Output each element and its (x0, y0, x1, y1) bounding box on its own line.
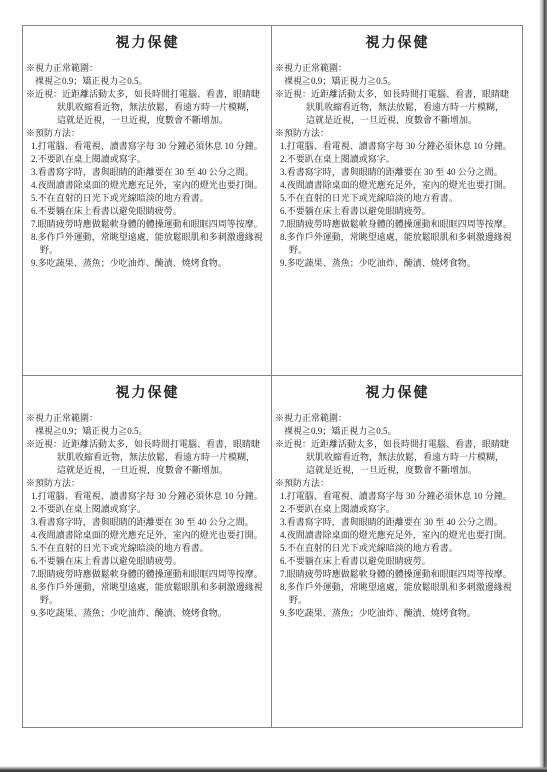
text-line-tip-6: 6.不要躺在床上看書以避免眼睛疲勞。 (26, 555, 269, 568)
text-line-prevention-heading: ※預防方法： (275, 477, 520, 490)
text-line-myopia-definition-1: ※近視：近距離活動太多，如長時間打電腦、看書，眼睛睫 (26, 438, 269, 451)
text-line-normal-range-heading: ※視力正常範圍： (26, 412, 269, 425)
card-body: ※視力正常範圍： 裸視≧0.9；矯正視力≧0.5。 ※近視：近距離活動太多，如長… (275, 412, 520, 620)
text-line-tip-5: 5.不在直射的日光下或光線暗淡的地方看書。 (26, 542, 269, 555)
page-edge-shadow-bottom (0, 766, 547, 772)
card-title: 視力保健 (26, 386, 269, 402)
text-line-tip-9: 9.多吃蔬果、蒸魚；少吃油炸、醃漬、燒烤食物。 (26, 607, 269, 620)
text-line-tip-1: 1.打電腦、看電視、讀書寫字每 30 分鐘必須休息 10 分鐘。 (26, 490, 269, 503)
text-line-myopia-definition-1: ※近視：近距離活動太多，如長時間打電腦、看書，眼睛睫 (275, 438, 520, 451)
document-page: 視力保健 ※視力正常範圍： 裸視≧0.9；矯正視力≧0.5。 ※近視：近距離活動… (0, 0, 547, 772)
text-line-tip-9: 9.多吃蔬果、蒸魚；少吃油炸、醃漬、燒烤食物。 (275, 257, 520, 270)
text-line-tip-2: 2.不要趴在桌上閱讀或寫字。 (275, 153, 520, 166)
text-line-tip-8: 8.多作戶外運動，常眺望遠處，能放鬆眼肌和多刺激邊緣視 (275, 231, 520, 244)
text-line-tip-1: 1.打電腦、看電視、讀書寫字每 30 分鐘必須休息 10 分鐘。 (275, 490, 520, 503)
text-line-myopia-definition-1: ※近視：近距離活動太多，如長時間打電腦、看書，眼睛睫 (275, 88, 520, 101)
card-body: ※視力正常範圍： 裸視≧0.9；矯正視力≧0.5。 ※近視：近距離活動太多，如長… (26, 62, 269, 270)
vision-care-card: 視力保健 ※視力正常範圍： 裸視≧0.9；矯正視力≧0.5。 ※近視：近距離活動… (272, 26, 522, 376)
text-line-myopia-definition-2: 狀肌收縮看近物，無法放鬆，看遠方時一片模糊， (275, 451, 520, 464)
text-line-tip-8: 8.多作戶外運動，常眺望遠處，能放鬆眼肌和多刺激邊緣視 (26, 581, 269, 594)
text-line-tip-4: 4.夜間讀書除桌面的燈光應充足外，室內的燈光也要打開。 (26, 529, 269, 542)
text-line-prevention-heading: ※預防方法： (275, 127, 520, 140)
text-line-normal-range-heading: ※視力正常範圍： (275, 62, 520, 75)
text-line-tip-5: 5.不在直射的日光下或光線暗淡的地方看書。 (275, 542, 520, 555)
text-line-tip-4: 4.夜間讀書除桌面的燈光應充足外，室內的燈光也要打開。 (275, 529, 520, 542)
vision-care-card: 視力保健 ※視力正常範圍： 裸視≧0.9；矯正視力≧0.5。 ※近視：近距離活動… (23, 26, 272, 376)
text-line-tip-5: 5.不在直射的日光下或光線暗淡的地方看書。 (275, 192, 520, 205)
text-line-tip-3: 3.看書寫字時，書與眼睛的距離要在 30 至 40 公分之間。 (26, 166, 269, 179)
text-line-tip-8-wrap: 野。 (26, 244, 269, 257)
text-line-tip-7: 7.眼睛疲勞時應做鬆軟身體的體操運動和眼眶四周等按摩。 (275, 218, 520, 231)
text-line-tip-5: 5.不在直射的日光下或光線暗淡的地方看書。 (26, 192, 269, 205)
text-line-prevention-heading: ※預防方法： (26, 477, 269, 490)
text-line-normal-range-heading: ※視力正常範圍： (275, 412, 520, 425)
text-line-tip-6: 6.不要躺在床上看書以避免眼睛疲勞。 (26, 205, 269, 218)
card-title: 視力保健 (275, 386, 520, 402)
text-line-tip-8-wrap: 野。 (26, 594, 269, 607)
text-line-prevention-heading: ※預防方法： (26, 127, 269, 140)
text-line-tip-9: 9.多吃蔬果、蒸魚；少吃油炸、醃漬、燒烤食物。 (26, 257, 269, 270)
card-title: 視力保健 (275, 36, 520, 52)
card-body: ※視力正常範圍： 裸視≧0.9；矯正視力≧0.5。 ※近視：近距離活動太多，如長… (275, 62, 520, 270)
text-line-tip-6: 6.不要躺在床上看書以避免眼睛疲勞。 (275, 205, 520, 218)
text-line-tip-8: 8.多作戶外運動，常眺望遠處，能放鬆眼肌和多刺激邊緣視 (26, 231, 269, 244)
text-line-tip-8: 8.多作戶外運動，常眺望遠處，能放鬆眼肌和多刺激邊緣視 (275, 581, 520, 594)
text-line-tip-2: 2.不要趴在桌上閱讀或寫字。 (26, 153, 269, 166)
page-edge-shadow-right (539, 0, 547, 772)
text-line-tip-3: 3.看書寫字時，書與眼睛的距離要在 30 至 40 公分之間。 (275, 516, 520, 529)
cards-grid: 視力保健 ※視力正常範圍： 裸視≧0.9；矯正視力≧0.5。 ※近視：近距離活動… (22, 25, 523, 728)
text-line-tip-3: 3.看書寫字時，書與眼睛的距離要在 30 至 40 公分之間。 (26, 516, 269, 529)
text-line-tip-4: 4.夜間讀書除桌面的燈光應充足外，室內的燈光也要打開。 (26, 179, 269, 192)
text-line-normal-range-values: 裸視≧0.9；矯正視力≧0.5。 (26, 425, 269, 438)
text-line-normal-range-heading: ※視力正常範圍： (26, 62, 269, 75)
text-line-normal-range-values: 裸視≧0.9；矯正視力≧0.5。 (275, 425, 520, 438)
text-line-normal-range-values: 裸視≧0.9；矯正視力≧0.5。 (275, 75, 520, 88)
text-line-tip-6: 6.不要躺在床上看書以避免眼睛疲勞。 (275, 555, 520, 568)
text-line-myopia-definition-3: 這就是近視，一旦近視，度數會不斷增加。 (26, 114, 269, 127)
text-line-tip-8-wrap: 野。 (275, 594, 520, 607)
card-title: 視力保健 (26, 36, 269, 52)
text-line-tip-3: 3.看書寫字時，書與眼睛的距離要在 30 至 40 公分之間。 (275, 166, 520, 179)
vision-care-card: 視力保健 ※視力正常範圍： 裸視≧0.9；矯正視力≧0.5。 ※近視：近距離活動… (272, 376, 522, 727)
text-line-tip-8-wrap: 野。 (275, 244, 520, 257)
vision-care-card: 視力保健 ※視力正常範圍： 裸視≧0.9；矯正視力≧0.5。 ※近視：近距離活動… (23, 376, 272, 727)
text-line-tip-2: 2.不要趴在桌上閱讀或寫字。 (275, 503, 520, 516)
text-line-myopia-definition-1: ※近視：近距離活動太多，如長時間打電腦、看書，眼睛睫 (26, 88, 269, 101)
text-line-normal-range-values: 裸視≧0.9；矯正視力≧0.5。 (26, 75, 269, 88)
text-line-tip-1: 1.打電腦、看電視、讀書寫字每 30 分鐘必須休息 10 分鐘。 (275, 140, 520, 153)
text-line-tip-9: 9.多吃蔬果、蒸魚；少吃油炸、醃漬、燒烤食物。 (275, 607, 520, 620)
text-line-myopia-definition-3: 這就是近視，一旦近視，度數會不斷增加。 (275, 114, 520, 127)
text-line-myopia-definition-2: 狀肌收縮看近物，無法放鬆，看遠方時一片模糊， (26, 101, 269, 114)
text-line-tip-7: 7.眼睛疲勞時應做鬆軟身體的體操運動和眼眶四周等按摩。 (26, 218, 269, 231)
text-line-tip-7: 7.眼睛疲勞時應做鬆軟身體的體操運動和眼眶四周等按摩。 (26, 568, 269, 581)
text-line-myopia-definition-3: 這就是近視，一旦近視，度數會不斷增加。 (26, 464, 269, 477)
text-line-tip-7: 7.眼睛疲勞時應做鬆軟身體的體操運動和眼眶四周等按摩。 (275, 568, 520, 581)
text-line-myopia-definition-2: 狀肌收縮看近物，無法放鬆，看遠方時一片模糊， (26, 451, 269, 464)
text-line-tip-2: 2.不要趴在桌上閱讀或寫字。 (26, 503, 269, 516)
text-line-tip-4: 4.夜間讀書除桌面的燈光應充足外，室內的燈光也要打開。 (275, 179, 520, 192)
text-line-tip-1: 1.打電腦、看電視、讀書寫字每 30 分鐘必須休息 10 分鐘。 (26, 140, 269, 153)
text-line-myopia-definition-2: 狀肌收縮看近物，無法放鬆，看遠方時一片模糊， (275, 101, 520, 114)
card-body: ※視力正常範圍： 裸視≧0.9；矯正視力≧0.5。 ※近視：近距離活動太多，如長… (26, 412, 269, 620)
text-line-myopia-definition-3: 這就是近視，一旦近視，度數會不斷增加。 (275, 464, 520, 477)
